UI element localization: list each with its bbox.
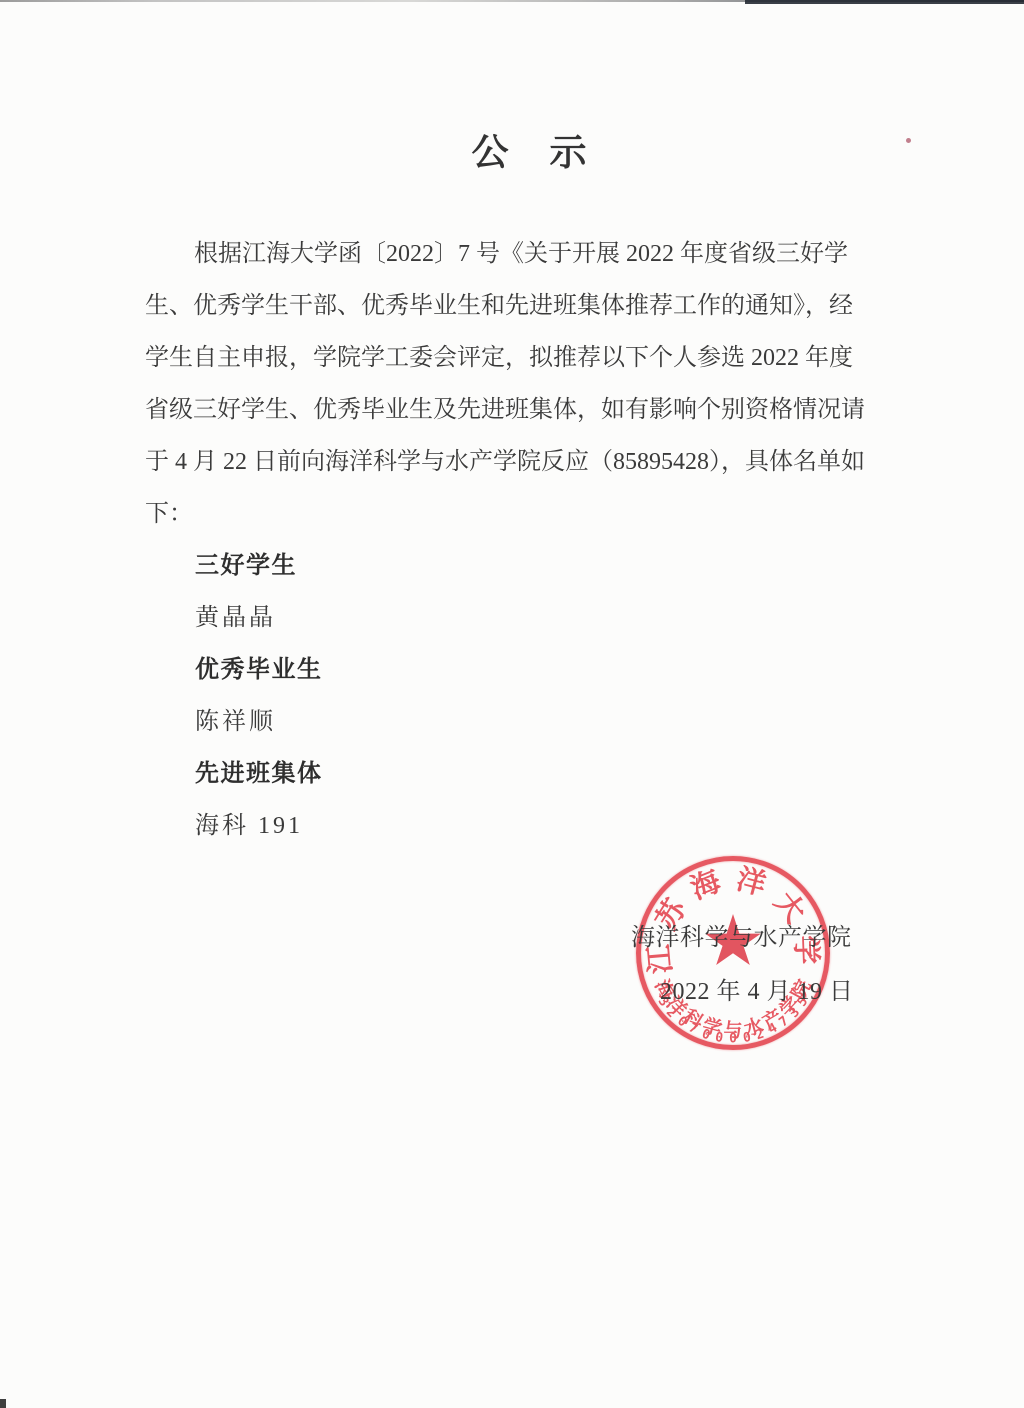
section-heading-advanced-class: 先进班集体 xyxy=(145,748,865,800)
scan-corner-artifact xyxy=(0,1399,6,1408)
scanned-notice-page: { "document": { "title": "公 示", "paragra… xyxy=(0,0,1024,1408)
signature-line: 海洋科学与水产学院 xyxy=(631,917,852,952)
official-seal-stamp: 江苏海洋大学 海洋科学与水产学院 3207000024735 xyxy=(636,856,830,1050)
paragraph-line-1: 根据江海大学函〔2022〕7 号《关于开展 2022 年度省级三好学 xyxy=(145,228,865,280)
awardee-name-advanced-class: 海科 191 xyxy=(145,800,865,852)
paragraph-line-6: 下： xyxy=(145,488,865,540)
awardee-name-three-good-student: 黄晶晶 xyxy=(145,592,865,644)
paragraph-line-3: 学生自主申报，学院学工委会评定，拟推荐以下个人参选 2022 年度 xyxy=(145,332,865,384)
paragraph-line-4: 省级三好学生、优秀毕业生及先进班集体，如有影响个别资格情况请 xyxy=(145,384,865,436)
paragraph-line-2: 生、优秀学生干部、优秀毕业生和先进班集体推荐工作的通知》，经 xyxy=(145,280,865,332)
document-body: 根据江海大学函〔2022〕7 号《关于开展 2022 年度省级三好学 生、优秀学… xyxy=(145,228,865,852)
page-title: 公 示 xyxy=(0,122,1024,176)
paragraph-line-5: 于 4 月 22 日前向海洋科学与水产学院反应（85895428），具体名单如 xyxy=(145,436,865,488)
date-line: 2022 年 4 月 19 日 xyxy=(660,971,854,1006)
scan-top-right-edge-artifact xyxy=(745,0,1024,4)
section-heading-three-good-student: 三好学生 xyxy=(145,540,865,592)
section-heading-outstanding-graduate: 优秀毕业生 xyxy=(145,644,865,696)
awardee-name-outstanding-graduate: 陈祥顺 xyxy=(145,696,865,748)
